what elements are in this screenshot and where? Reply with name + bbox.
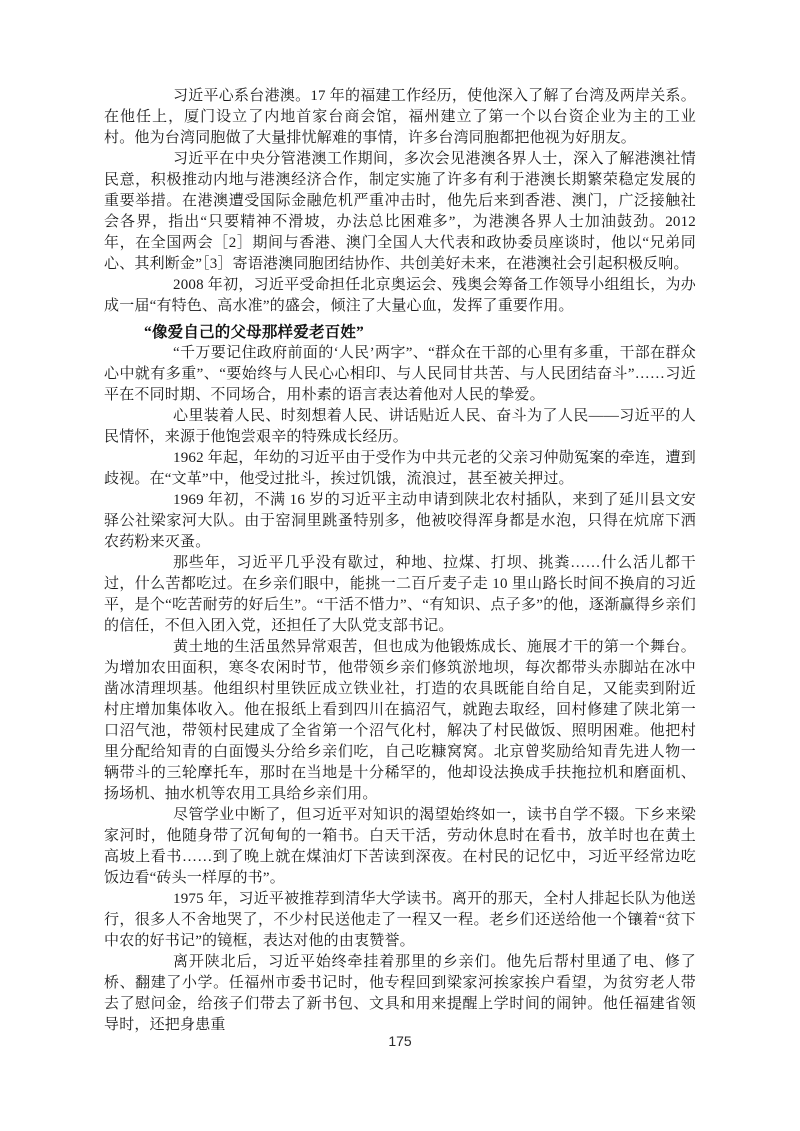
page-footer: 175: [0, 1033, 800, 1051]
paragraph: 1975 年，习近平被推荐到清华大学读书。离开的那天，全村人排起长队为他送行，很…: [104, 889, 696, 952]
paragraph: 习近平心系台港澳。17 年的福建工作经历，使他深入了解了台湾及两岸关系。在他任上…: [104, 86, 696, 149]
paragraph: 2008 年初，习近平受命担任北京奥运会、残奥会筹备工作领导小组组长，为办成一届…: [104, 275, 696, 317]
document-page: 习近平心系台港澳。17 年的福建工作经历，使他深入了解了台湾及两岸关系。在他任上…: [0, 0, 800, 1131]
page-number: 175: [388, 1033, 411, 1049]
paragraph: 1969 年初，不满 16 岁的习近平主动申请到陕北农村插队，来到了延川县文安驿…: [104, 490, 696, 553]
paragraph: 1962 年起，年幼的习近平由于受作为中共元老的父亲习仲勋冤案的牵连，遭到歧视。…: [104, 448, 696, 490]
section-heading: “像爱自己的父母那样爱老百姓”: [104, 322, 696, 343]
document-body: 习近平心系台港澳。17 年的福建工作经历，使他深入了解了台湾及两岸关系。在他任上…: [104, 86, 696, 1036]
paragraph: 习近平在中央分管港澳工作期间，多次会见港澳各界人士，深入了解港澳社情民意，积极推…: [104, 149, 696, 275]
paragraph: 黄土地的生活虽然异常艰苦，但也成为他锻炼成长、施展才干的第一个舞台。为增加农田面…: [104, 637, 696, 805]
paragraph: 尽管学业中断了，但习近平对知识的渴望始终如一，读书自学不辍。下乡来梁家河时，他随…: [104, 805, 696, 889]
paragraph: 那些年，习近平几乎没有歇过，种地、拉煤、打坝、挑粪……什么活儿都干过，什么苦都吃…: [104, 553, 696, 637]
paragraph: “千万要记住政府前面的‘人民’两字”、“群众在干部的心里有多重，干部在群众心中就…: [104, 343, 696, 406]
paragraph: 离开陕北后，习近平始终牵挂着那里的乡亲们。他先后帮村里通了电、修了桥、翻建了小学…: [104, 952, 696, 1036]
paragraph: 心里装着人民、时刻想着人民、讲话贴近人民、奋斗为了人民——习近平的人民情怀，来源…: [104, 406, 696, 448]
